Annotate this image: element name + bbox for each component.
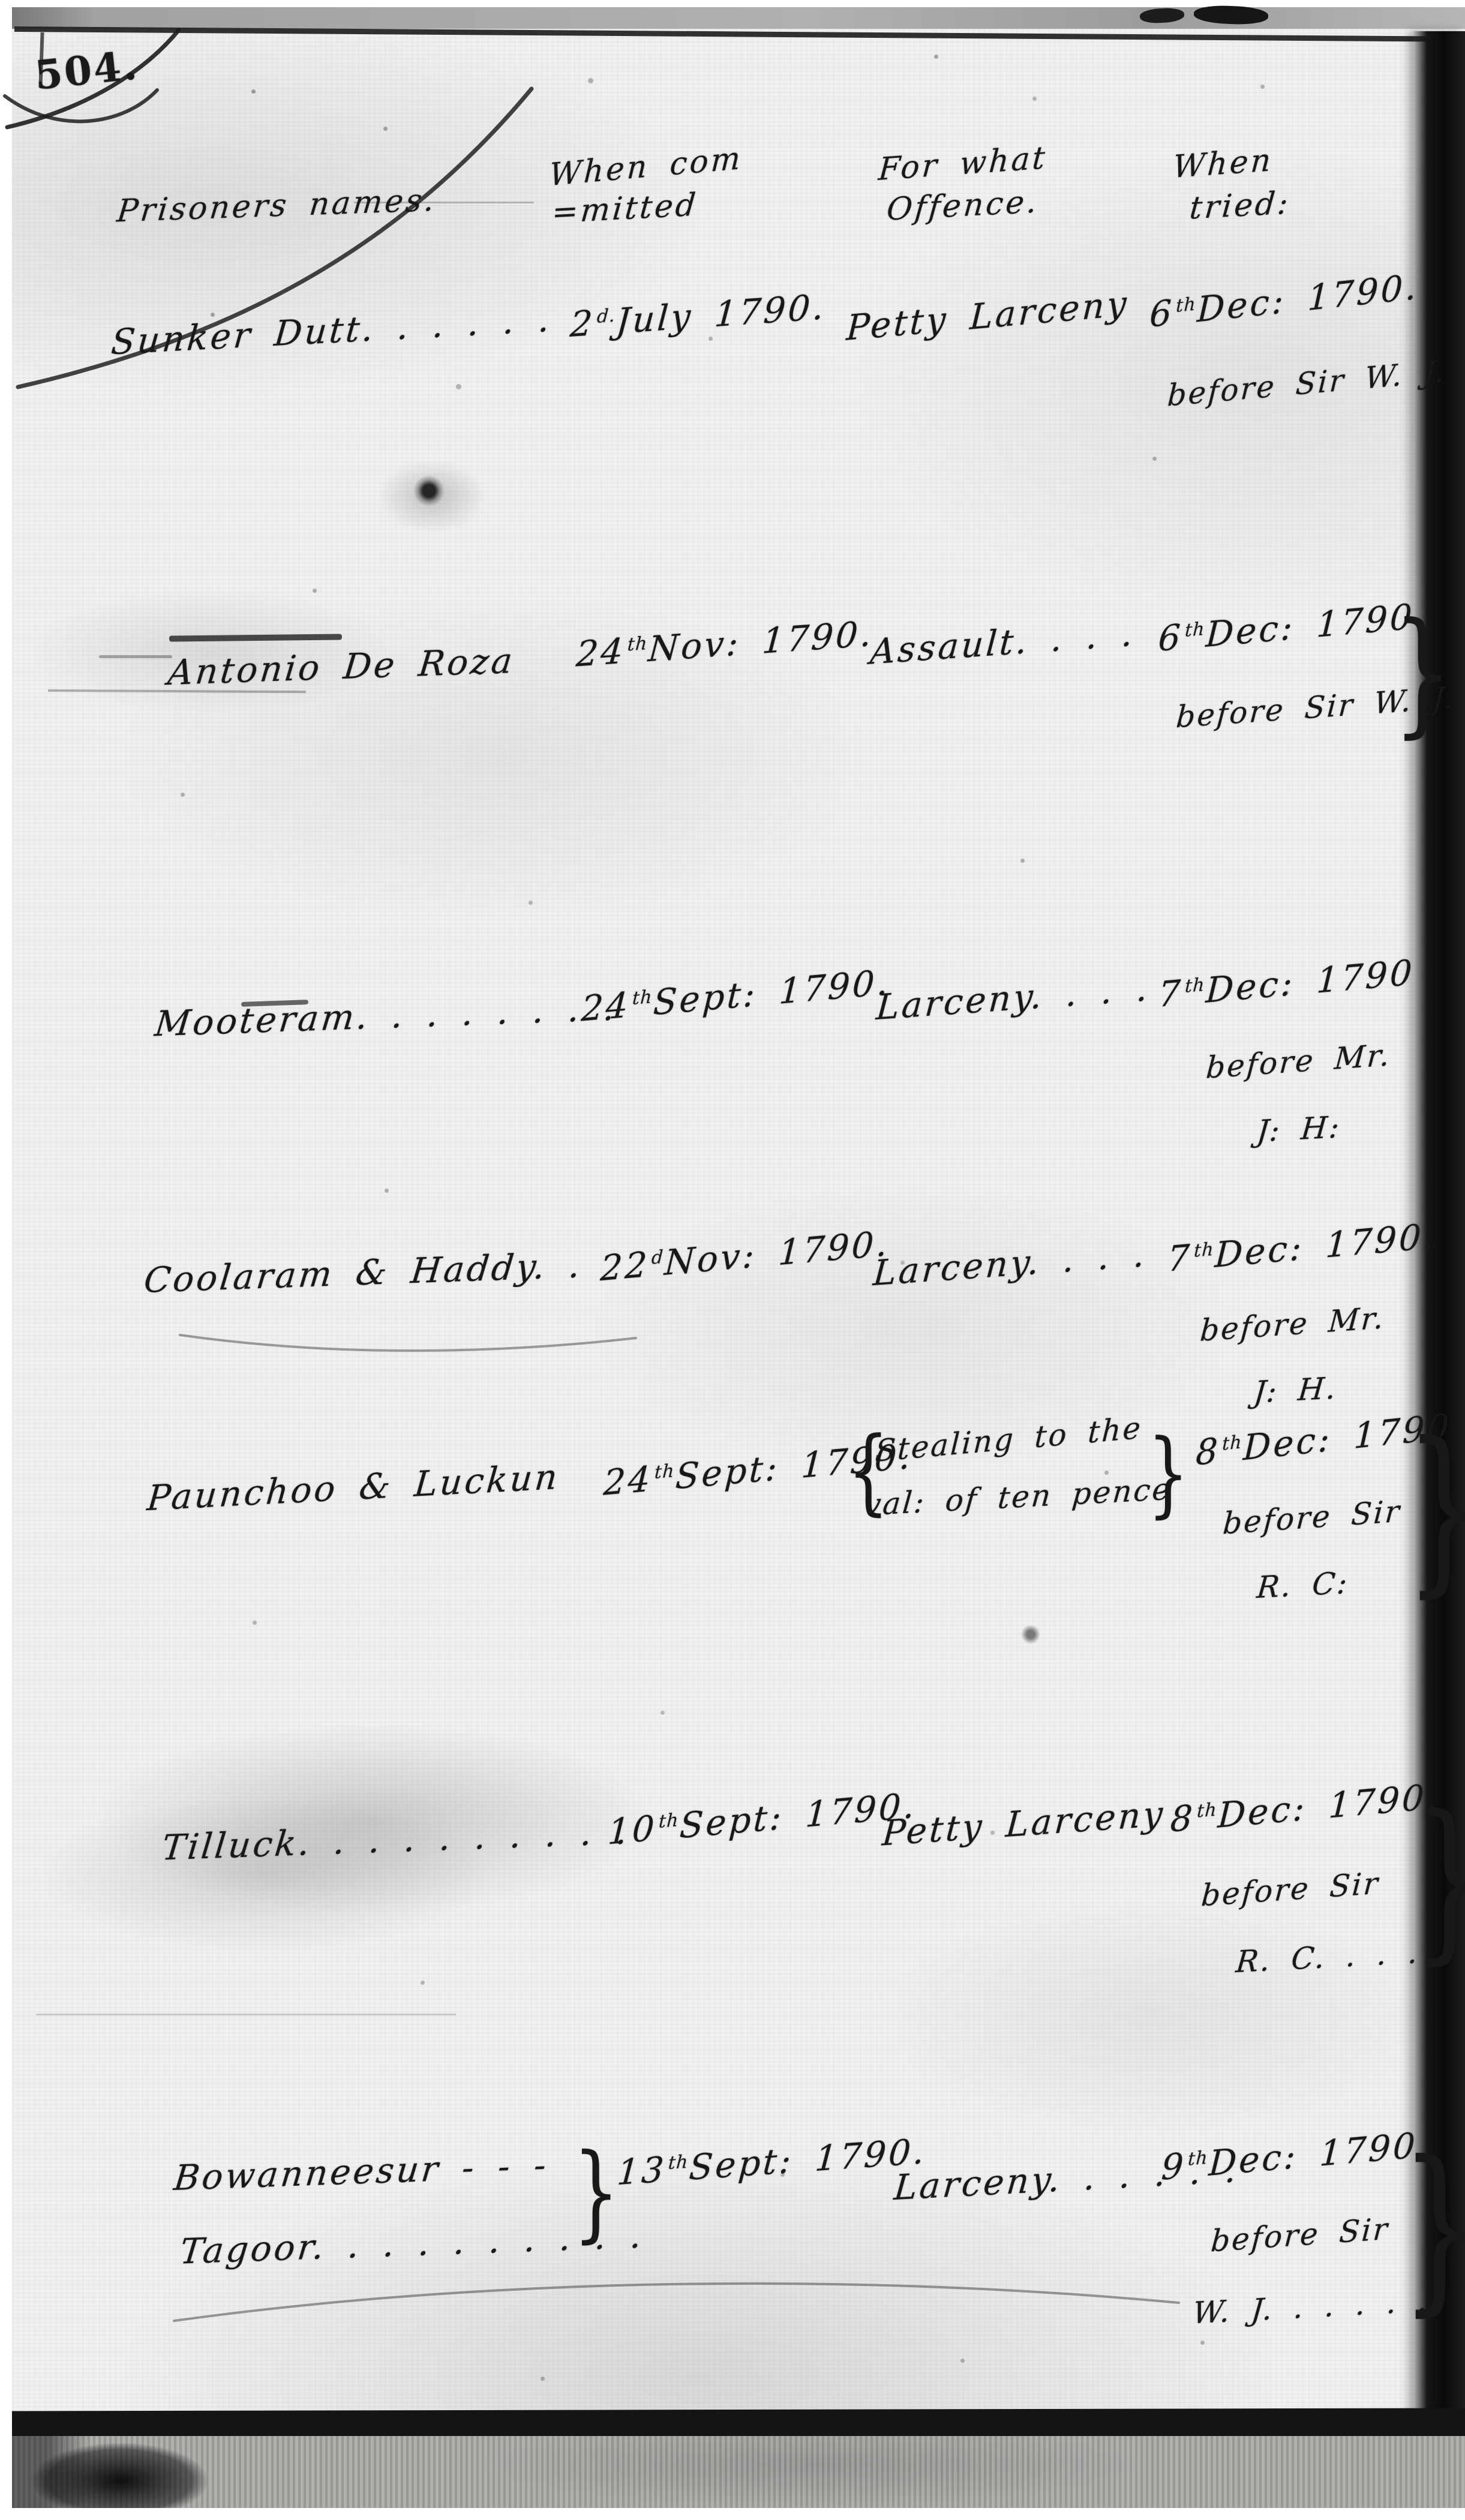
committed-day: 24 (602, 1458, 653, 1504)
committed-day: 22 (599, 1244, 650, 1289)
tried-ordinal: th (1193, 1238, 1214, 1261)
row-brace: } (1412, 1797, 1465, 1963)
tried-day: 6 (1149, 292, 1175, 335)
committed-ordinal: th (658, 1810, 679, 1832)
column-header-committed-line2: =mitted (551, 188, 700, 230)
tried-day: 6 (1157, 616, 1184, 659)
tried-ordinal: th (1222, 1432, 1243, 1455)
tried-ordinal: th (1184, 618, 1205, 641)
committed-ordinal: th (627, 633, 649, 656)
row-brace: } (1400, 2142, 1465, 2313)
tried-day: 8 (1195, 1430, 1221, 1474)
column-header-tried-line1: When (1172, 143, 1274, 185)
committed-day: 2 (569, 302, 596, 345)
tried-ordinal: th (1196, 1799, 1217, 1822)
page-bottom-edge (12, 2436, 1465, 2508)
row-brace: } (1404, 1423, 1465, 1594)
committed-day: 10 (607, 1807, 658, 1853)
tried-day: 7 (1166, 1237, 1193, 1280)
row-brace: } (1392, 609, 1452, 737)
scan-bottom-edge (12, 2408, 1465, 2440)
offence-brace-close: } (1148, 1429, 1189, 1517)
paper-speckles (0, 0, 3, 3)
tried-day: 7 (1157, 972, 1184, 1015)
committed-day: 24 (580, 984, 631, 1030)
tried-day: 9 (1160, 2145, 1187, 2188)
tried-judge-initials: R. C: (1256, 1567, 1350, 1604)
tried-ordinal: th (1187, 2147, 1208, 2170)
tried-ordinal: th (1184, 974, 1205, 997)
ink-smear (99, 655, 172, 658)
tried-judge-initials: J: H. (1253, 1372, 1339, 1409)
committed-ordinal: th (654, 1460, 675, 1483)
committed-ordinal: th (668, 2151, 689, 2174)
column-header-tried-line2: tried: (1188, 186, 1292, 226)
tried-judge-initials: J: H: (1256, 1111, 1343, 1148)
committed-ordinal: d (651, 1246, 664, 1268)
committed-ordinal: th (632, 986, 653, 1009)
tried-day: 8 (1169, 1797, 1196, 1840)
tried-ordinal: th (1176, 293, 1197, 317)
committed-day: 13 (616, 2149, 667, 2193)
committed-day: 24 (575, 630, 626, 674)
name-brace: } (573, 2143, 620, 2243)
scan-streak (36, 2014, 456, 2015)
committed-ordinal: d. (596, 305, 616, 327)
